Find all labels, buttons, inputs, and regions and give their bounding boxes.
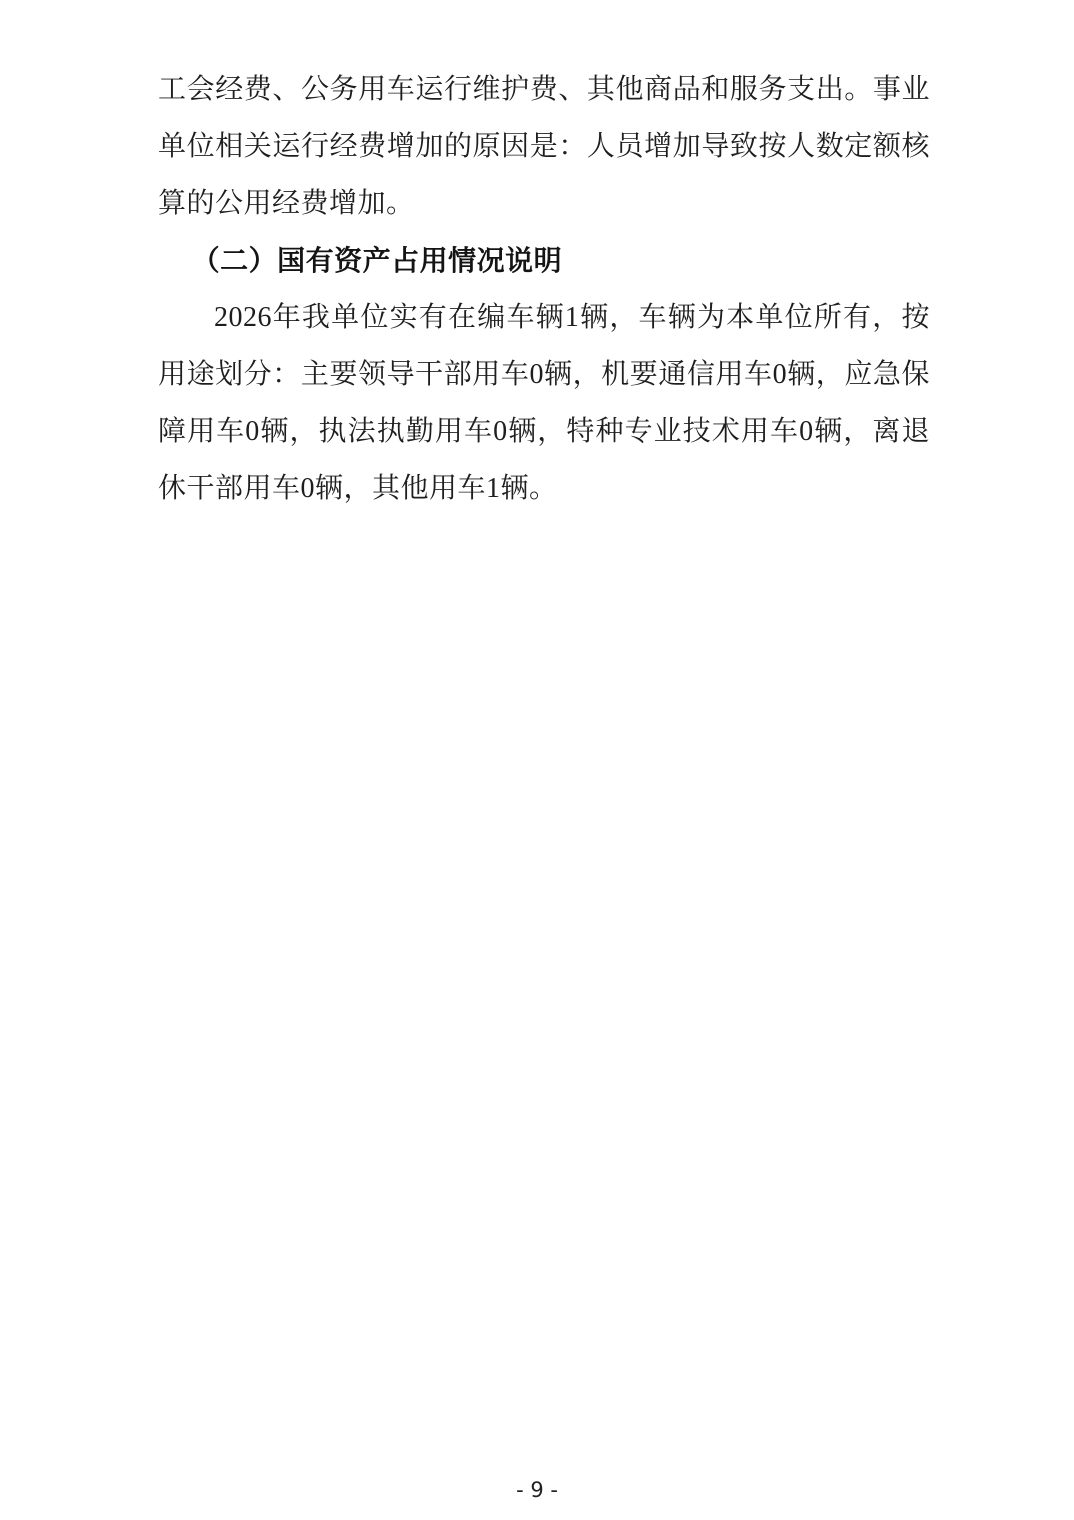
page-number: - 9 -: [0, 1478, 1074, 1502]
section-heading-state-assets: （二）国有资产占用情况说明: [158, 232, 930, 289]
paragraph-expense-explanation: 工会经费、公务用车运行维护费、其他商品和服务支出。事业单位相关运行经费增加的原因…: [158, 61, 930, 232]
paragraph-vehicle-details: 2026年我单位实有在编车辆1辆，车辆为本单位所有，按用途划分：主要领导干部用车…: [158, 289, 930, 517]
page-body: 工会经费、公务用车运行维护费、其他商品和服务支出。事业单位相关运行经费增加的原因…: [158, 61, 930, 517]
document-page: 工会经费、公务用车运行维护费、其他商品和服务支出。事业单位相关运行经费增加的原因…: [0, 0, 1074, 1520]
